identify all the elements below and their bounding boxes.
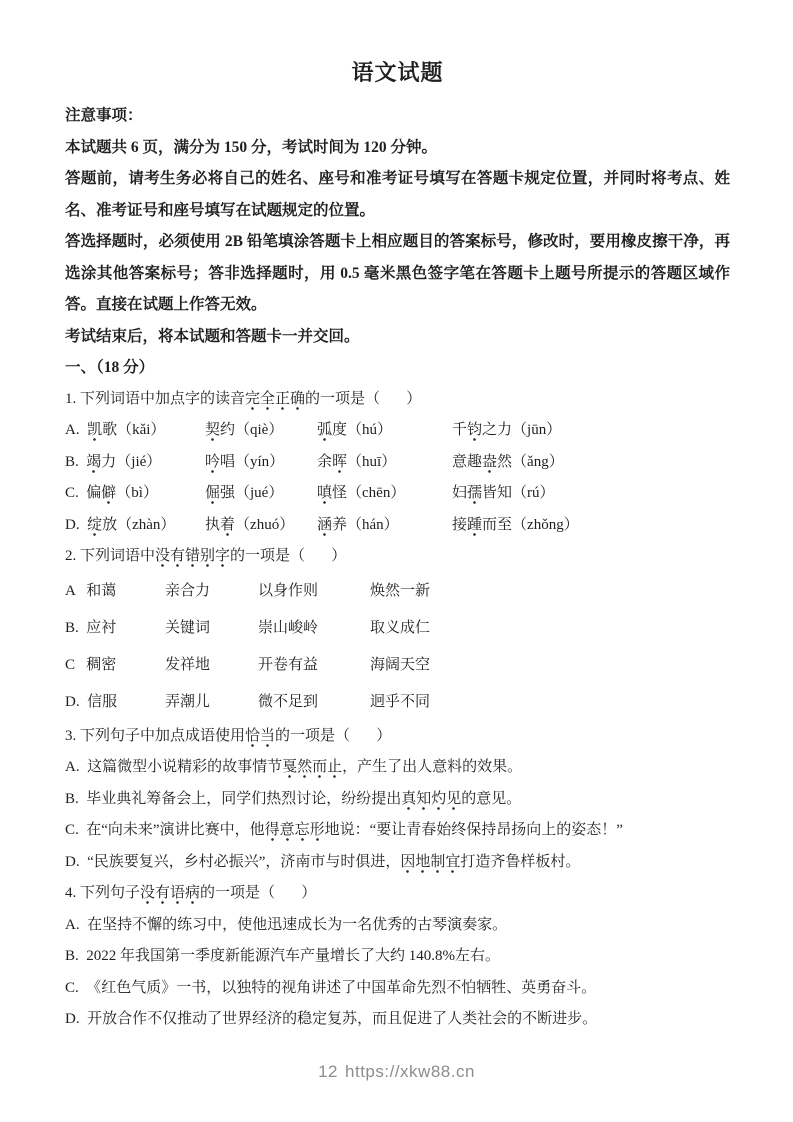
notice-paragraphs: 本试题共 6 页，满分为 150 分，考试时间为 120 分钟。答题前，请考生务… <box>65 132 730 353</box>
text-segment: D. <box>65 517 87 533</box>
text-segment: D. “民族要复兴，乡村必振兴”，济南市与时俱进， <box>65 854 400 870</box>
option-cell: 开卷有益 <box>258 647 370 684</box>
text-segment: 皆知（rú） <box>482 485 555 501</box>
emphasized-text: 盎 <box>482 454 497 474</box>
emphasized-text: 晖 <box>332 454 347 474</box>
emphasized-text: 没有错别字 <box>155 548 230 568</box>
option-cell: A. 凯歌（kǎi） <box>65 415 205 447</box>
option-row: B. 2022 年我国第一季度新能源汽车产量增长了大约 140.8%左右。 <box>65 941 730 973</box>
question-stem: 2. 下列词语中没有错别字的一项是（ ） <box>65 541 730 573</box>
option-row: D. 绽放（zhàn）执着（zhuó）涵养（hán）接踵而至（zhǒng） <box>65 510 730 542</box>
text-segment: 的一项是（ ） <box>230 548 346 564</box>
text-segment: （bì） <box>116 485 158 501</box>
question: 3. 下列句子中加点成语使用恰当的一项是（ ）A. 这篇微型小说精彩的故事情节戛… <box>65 721 730 879</box>
option-cell: C. 在“向未来”演讲比赛中，他得意忘形地说：“要让青春始终保持昂扬向上的姿态！… <box>65 815 623 847</box>
text-segment: 接 <box>452 517 467 533</box>
text-segment: 养（hán） <box>332 517 399 533</box>
emphasized-text: 竭 <box>86 454 101 474</box>
notice-heading: 注意事项： <box>65 100 730 132</box>
text-segment: 亲合力 <box>165 583 210 599</box>
question: 2. 下列词语中没有错别字的一项是（ ）A 和蔼亲合力以身作则焕然一新B. 应衬… <box>65 541 730 721</box>
text-segment: C. 《红色气质》一书，以独特的视角讲述了中国革命先烈不怕牺牲、英勇奋斗。 <box>65 980 596 996</box>
text-segment: 度（hú） <box>332 422 392 438</box>
text-segment: 歌（kǎi） <box>102 422 165 438</box>
text-segment: 4. 下列句子 <box>65 885 140 901</box>
option-row: D. “民族要复兴，乡村必振兴”，济南市与时俱进，因地制宜打造齐鲁样板村。 <box>65 847 730 879</box>
option-row: D. 开放合作不仅推动了世界经济的稳定复苏，而且促进了人类社会的不断进步。 <box>65 1004 730 1036</box>
text-segment: 崇山峻岭 <box>258 620 318 636</box>
question-stem: 1. 下列词语中加点字的读音完全正确的一项是（ ） <box>65 384 730 416</box>
emphasized-text: 完全正确 <box>245 391 305 411</box>
option-row: A 和蔼亲合力以身作则焕然一新 <box>65 573 730 610</box>
option-cell: 涵养（hán） <box>317 510 452 542</box>
option-row: C. 偏僻（bì）倔强（jué）嗔怪（chēn）妇孺皆知（rú） <box>65 478 730 510</box>
text-segment: 放（zhàn） <box>102 517 175 533</box>
emphasized-text: 契 <box>205 422 220 442</box>
option-cell: 微不足到 <box>258 684 370 721</box>
notice-line: 答选择题时，必须使用 2B 铅笔填涂答题卡上相应题目的答案标号，修改时，要用橡皮… <box>65 226 730 321</box>
page-title: 语文试题 <box>65 58 730 88</box>
site-url: https://xkw88.cn <box>345 1062 475 1081</box>
text-segment: 的一项是（ ） <box>200 885 316 901</box>
emphasized-text: 弧 <box>317 422 332 442</box>
question: 1. 下列词语中加点字的读音完全正确的一项是（ ）A. 凯歌（kǎi）契约（qi… <box>65 384 730 542</box>
text-segment: 然（ǎng） <box>497 454 564 470</box>
text-segment: ，产生了出人意料的效果。 <box>342 759 522 775</box>
option-cell: 契约（qiè） <box>205 415 317 447</box>
section-heading: 一、（18 分） <box>65 352 730 384</box>
page-footer: 12https://xkw88.cn <box>0 1062 793 1082</box>
text-segment: 而至（zhǒng） <box>482 517 579 533</box>
text-segment: 2. 下列词语中 <box>65 548 155 564</box>
text-segment: 迥乎不同 <box>370 694 430 710</box>
text-segment: 约（qiè） <box>220 422 283 438</box>
option-cell: 弄潮儿 <box>165 684 258 721</box>
text-segment: 地说：“要让青春始终保持昂扬向上的姿态！” <box>325 822 623 838</box>
text-segment: 意趣 <box>452 454 482 470</box>
text-segment: （zhuó） <box>235 517 294 533</box>
option-cell: 嗔怪（chēn） <box>317 478 452 510</box>
text-segment: 的意见。 <box>461 791 521 807</box>
text-segment: 的一项是（ ） <box>275 728 391 744</box>
text-segment: B. 2022 年我国第一季度新能源汽车产量增长了大约 140.8%左右。 <box>65 948 500 964</box>
option-cell: 以身作则 <box>258 573 370 610</box>
question: 4. 下列句子没有语病的一项是（ ）A. 在坚持不懈的练习中，使他迅速成长为一名… <box>65 878 730 1036</box>
option-cell: 迥乎不同 <box>370 684 430 721</box>
text-segment: （huī） <box>347 454 396 470</box>
text-segment: 妇 <box>452 485 467 501</box>
option-row: C. 在“向未来”演讲比赛中，他得意忘形地说：“要让青春始终保持昂扬向上的姿态！… <box>65 815 730 847</box>
option-row: A. 在坚持不懈的练习中，使他迅速成长为一名优秀的古琴演奏家。 <box>65 910 730 942</box>
text-segment: 关键词 <box>165 620 210 636</box>
text-segment: A. 这篇微型小说精彩的故事情节 <box>65 759 282 775</box>
text-segment: 开卷有益 <box>258 657 318 673</box>
text-segment: 之力（jūn） <box>482 422 561 438</box>
option-row: A. 凯歌（kǎi）契约（qiè）弧度（hú）千钧之力（jūn） <box>65 415 730 447</box>
emphasized-text: 恰当 <box>245 728 275 748</box>
text-segment: 的一项是（ ） <box>305 391 421 407</box>
text-segment: 取义成仁 <box>370 620 430 636</box>
option-cell: D. “民族要复兴，乡村必振兴”，济南市与时俱进，因地制宜打造齐鲁样板村。 <box>65 847 580 879</box>
option-cell: C. 偏僻（bì） <box>65 478 205 510</box>
emphasized-text: 钧 <box>467 422 482 442</box>
option-cell: A. 在坚持不懈的练习中，使他迅速成长为一名优秀的古琴演奏家。 <box>65 910 507 942</box>
option-cell: B. 毕业典礼筹备会上，同学们热烈讨论，纷纷提出真知灼见的意见。 <box>65 784 521 816</box>
option-cell: D. 开放合作不仅推动了世界经济的稳定复苏，而且促进了人类社会的不断进步。 <box>65 1004 597 1036</box>
option-cell: A. 这篇微型小说精彩的故事情节戛然而止，产生了出人意料的效果。 <box>65 752 522 784</box>
option-cell: 关键词 <box>165 610 258 647</box>
text-segment: D. 信服 <box>65 694 117 710</box>
emphasized-text: 涵 <box>317 517 332 537</box>
option-cell: 妇孺皆知（rú） <box>452 478 555 510</box>
questions: 1. 下列词语中加点字的读音完全正确的一项是（ ）A. 凯歌（kǎi）契约（qi… <box>65 384 730 1036</box>
emphasized-text: 因地制宜 <box>400 854 460 874</box>
text-segment: A. <box>65 422 87 438</box>
text-segment: 打造齐鲁样板村。 <box>460 854 580 870</box>
option-cell: 取义成仁 <box>370 610 430 647</box>
option-cell: B. 竭力（jié） <box>65 447 205 479</box>
emphasized-text: 绽 <box>87 517 102 537</box>
text-segment: B. 毕业典礼筹备会上，同学们热烈讨论，纷纷提出 <box>65 791 401 807</box>
text-segment: B. <box>65 454 86 470</box>
option-cell: 意趣盎然（ǎng） <box>452 447 564 479</box>
option-row: B. 毕业典礼筹备会上，同学们热烈讨论，纷纷提出真知灼见的意见。 <box>65 784 730 816</box>
option-row: B. 竭力（jié）吟唱（yín）余晖（huī）意趣盎然（ǎng） <box>65 447 730 479</box>
text-segment: B. 应衬 <box>65 620 116 636</box>
text-segment: D. 开放合作不仅推动了世界经济的稳定复苏，而且促进了人类社会的不断进步。 <box>65 1011 597 1027</box>
option-row: B. 应衬关键词崇山峻岭取义成仁 <box>65 610 730 647</box>
option-cell: 海阔天空 <box>370 647 430 684</box>
emphasized-text: 得意忘形 <box>265 822 325 842</box>
option-cell: D. 绽放（zhàn） <box>65 510 205 542</box>
emphasized-text: 吟 <box>205 454 220 474</box>
text-segment: C. 偏 <box>65 485 101 501</box>
text-segment: 力（jié） <box>101 454 161 470</box>
option-row: D. 信服弄潮儿微不足到迥乎不同 <box>65 684 730 721</box>
option-row: A. 这篇微型小说精彩的故事情节戛然而止，产生了出人意料的效果。 <box>65 752 730 784</box>
option-cell: 接踵而至（zhǒng） <box>452 510 579 542</box>
emphasized-text: 凯 <box>87 422 102 442</box>
emphasized-text: 嗔 <box>317 485 332 505</box>
option-cell: 亲合力 <box>165 573 258 610</box>
text-segment: C. 在“向未来”演讲比赛中，他 <box>65 822 265 838</box>
option-row: C. 《红色气质》一书，以独特的视角讲述了中国革命先烈不怕牺牲、英勇奋斗。 <box>65 973 730 1005</box>
text-segment: 3. 下列句子中加点成语使用 <box>65 728 245 744</box>
text-segment: C 稠密 <box>65 657 116 673</box>
question-stem: 3. 下列句子中加点成语使用恰当的一项是（ ） <box>65 721 730 753</box>
text-segment: A 和蔼 <box>65 583 116 599</box>
text-segment: 千 <box>452 422 467 438</box>
option-cell: 执着（zhuó） <box>205 510 317 542</box>
option-cell: 弧度（hú） <box>317 415 452 447</box>
option-cell: 崇山峻岭 <box>258 610 370 647</box>
text-segment: 执 <box>205 517 220 533</box>
text-segment: 以身作则 <box>258 583 318 599</box>
option-cell: 发祥地 <box>165 647 258 684</box>
text-segment: 强（jué） <box>220 485 283 501</box>
emphasized-text: 着 <box>220 517 235 537</box>
text-segment: 发祥地 <box>165 657 210 673</box>
emphasized-text: 真知灼见 <box>401 791 461 811</box>
option-cell: A 和蔼 <box>65 573 165 610</box>
text-segment: 1. 下列词语中加点字的读音 <box>65 391 245 407</box>
exam-paper: 语文试题 注意事项： 本试题共 6 页，满分为 150 分，考试时间为 120 … <box>0 0 793 1122</box>
notice-line: 考试结束后，将本试题和答题卡一并交回。 <box>65 321 730 353</box>
emphasized-text: 孺 <box>467 485 482 505</box>
option-row: C 稠密发祥地开卷有益海阔天空 <box>65 647 730 684</box>
option-cell: C 稠密 <box>65 647 165 684</box>
text-segment: 微不足到 <box>258 694 318 710</box>
emphasized-text: 没有语病 <box>140 885 200 905</box>
option-cell: 倔强（jué） <box>205 478 317 510</box>
text-segment: 海阔天空 <box>370 657 430 673</box>
option-cell: 余晖（huī） <box>317 447 452 479</box>
text-segment: 余 <box>317 454 332 470</box>
emphasized-text: 踵 <box>467 517 482 537</box>
option-cell: B. 应衬 <box>65 610 165 647</box>
option-cell: B. 2022 年我国第一季度新能源汽车产量增长了大约 140.8%左右。 <box>65 941 500 973</box>
text-segment: 弄潮儿 <box>165 694 210 710</box>
option-cell: D. 信服 <box>65 684 165 721</box>
option-cell: 吟唱（yín） <box>205 447 317 479</box>
option-cell: 千钧之力（jūn） <box>452 415 561 447</box>
page-number: 12 <box>318 1062 338 1081</box>
emphasized-text: 倔 <box>205 485 220 505</box>
option-cell: C. 《红色气质》一书，以独特的视角讲述了中国革命先烈不怕牺牲、英勇奋斗。 <box>65 973 596 1005</box>
notice-line: 本试题共 6 页，满分为 150 分，考试时间为 120 分钟。 <box>65 132 730 164</box>
option-cell: 焕然一新 <box>370 573 430 610</box>
emphasized-text: 戛然而止 <box>282 759 342 779</box>
text-segment: 焕然一新 <box>370 583 430 599</box>
text-segment: 怪（chēn） <box>332 485 405 501</box>
text-segment: A. 在坚持不懈的练习中，使他迅速成长为一名优秀的古琴演奏家。 <box>65 917 507 933</box>
emphasized-text: 僻 <box>101 485 116 505</box>
text-segment: 唱（yín） <box>220 454 284 470</box>
notice-line: 答题前，请考生务必将自己的姓名、座号和准考证号填写在答题卡规定位置，并同时将考点… <box>65 163 730 226</box>
question-stem: 4. 下列句子没有语病的一项是（ ） <box>65 878 730 910</box>
